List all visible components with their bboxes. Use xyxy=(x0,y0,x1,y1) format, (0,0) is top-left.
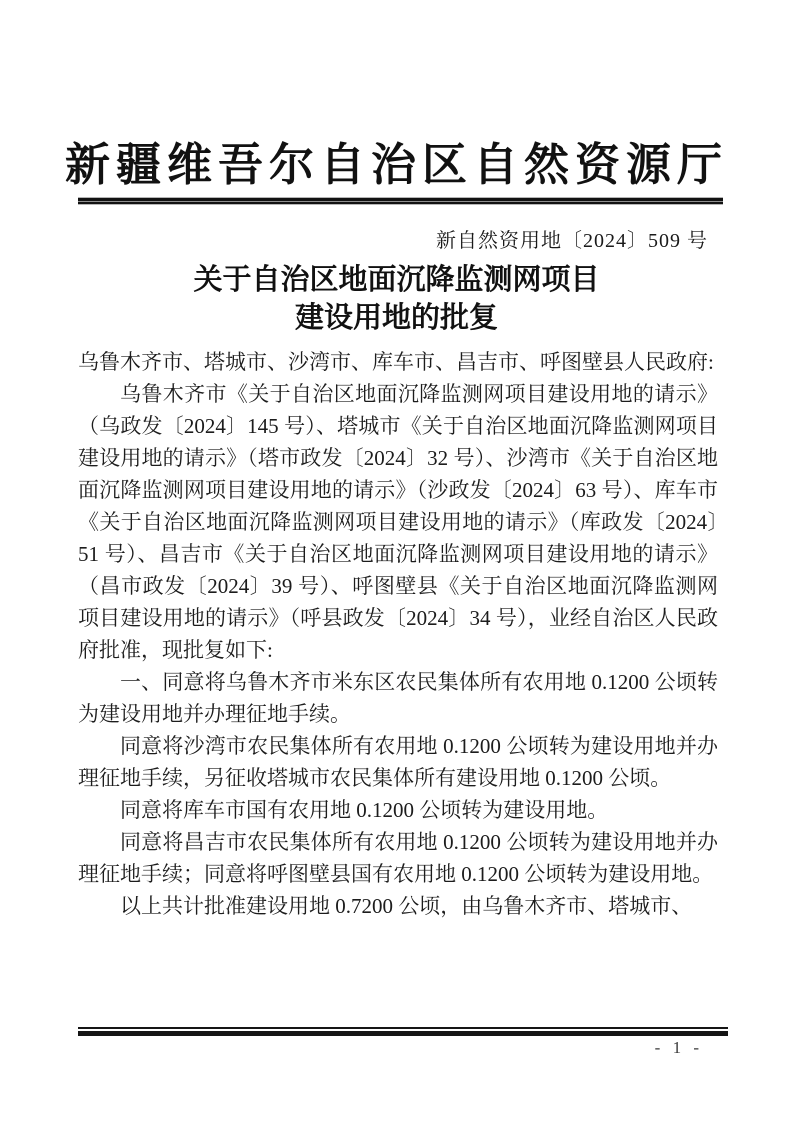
document-title-line1: 关于自治区地面沉降监测网项目 xyxy=(0,261,793,299)
body-paragraph-item3: 同意将库车市国有农用地 0.1200 公顷转为建设用地。 xyxy=(78,794,718,826)
body-paragraph-item2: 同意将沙湾市农民集体所有农用地 0.1200 公顷转为建设用地并办理征地手续，另… xyxy=(78,730,718,794)
body-paragraph-item1: 一、同意将乌鲁木齐市米东区农民集体所有农用地 0.1200 公顷转为建设用地并办… xyxy=(78,666,718,730)
body-paragraph-requests: 乌鲁木齐市《关于自治区地面沉降监测网项目建设用地的请示》（乌政发〔2024〕14… xyxy=(78,378,718,666)
document-title: 关于自治区地面沉降监测网项目 建设用地的批复 xyxy=(0,261,793,337)
footer-divider-rule xyxy=(78,1027,728,1036)
page-number: - 1 - xyxy=(655,1038,703,1058)
header-divider-rule xyxy=(78,197,723,205)
salutation-line: 乌鲁木齐市、塔城市、沙湾市、库车市、昌吉市、呼图壁县人民政府: xyxy=(78,346,718,378)
document-number: 新自然资用地〔2024〕509 号 xyxy=(78,224,708,253)
body-paragraph-item4: 同意将昌吉市农民集体所有农用地 0.1200 公顷转为建设用地并办理征地手续；同… xyxy=(78,826,718,890)
document-title-line2: 建设用地的批复 xyxy=(0,299,793,337)
document-page: 新疆维吾尔自治区自然资源厅 新自然资用地〔2024〕509 号 关于自治区地面沉… xyxy=(0,0,793,1122)
agency-name-header: 新疆维吾尔自治区自然资源厅 xyxy=(0,128,793,193)
document-body: 乌鲁木齐市、塔城市、沙湾市、库车市、昌吉市、呼图壁县人民政府: 乌鲁木齐市《关于… xyxy=(78,346,718,922)
body-paragraph-summary: 以上共计批准建设用地 0.7200 公顷，由乌鲁木齐市、塔城市、 xyxy=(78,890,718,922)
